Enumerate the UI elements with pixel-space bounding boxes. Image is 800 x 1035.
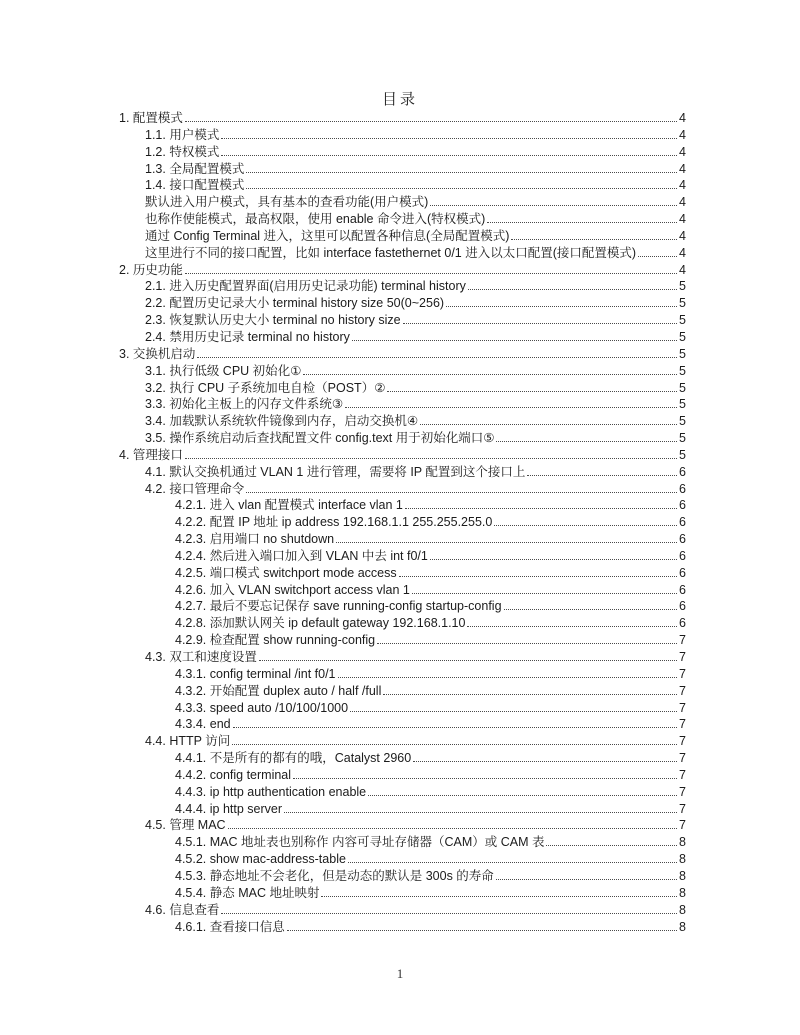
dot-leader — [246, 491, 677, 493]
dot-leader — [546, 844, 677, 846]
toc-entry-label: 4.2.1. 进入 vlan 配置模式 interface vlan 1 — [175, 497, 403, 514]
toc-entry[interactable]: 4.2. 接口管理命令6 — [119, 481, 686, 498]
toc-entry[interactable]: 2. 历史功能4 — [119, 262, 686, 279]
toc-entry-page-number: 7 — [679, 767, 686, 784]
toc-entry-label: 4.3.1. config terminal /int f0/1 — [175, 666, 336, 683]
toc-entry-page-number: 4 — [679, 245, 686, 262]
dot-leader — [446, 305, 677, 307]
dot-leader — [638, 255, 677, 257]
toc-entry-label: 4. 管理接口 — [119, 447, 183, 464]
toc-entry-label: 默认进入用户模式，具有基本的查看功能(用户模式) — [145, 194, 428, 211]
toc-entry-label: 4.3.2. 开始配置 duplex auto / half /full — [175, 683, 381, 700]
dot-leader — [504, 608, 678, 610]
dot-leader — [338, 676, 678, 678]
toc-entry-label: 4.2.4. 然后进入端口加入到 VLAN 中去 int f0/1 — [175, 548, 428, 565]
toc-entry-page-number: 4 — [679, 228, 686, 245]
toc-entry-page-number: 5 — [679, 278, 686, 295]
toc-entry-page-number: 6 — [679, 565, 686, 582]
dot-leader — [412, 592, 677, 594]
dot-leader — [399, 575, 677, 577]
toc-entry-label: 4.2.5. 端口模式 switchport mode access — [175, 565, 397, 582]
toc-entry[interactable]: 4.5.4. 静态 MAC 地址映射8 — [119, 885, 686, 902]
toc-entry-page-number: 5 — [679, 413, 686, 430]
toc-entry-label: 4.4.1. 不是所有的都有的哦，Catalyst 2960 — [175, 750, 411, 767]
toc-entry-page-number: 8 — [679, 834, 686, 851]
toc-entry-page-number: 5 — [679, 396, 686, 413]
toc-entry-label: 3.4. 加载默认系统软件镜像到内存，启动交换机④ — [145, 413, 418, 430]
dot-leader — [405, 507, 677, 509]
toc-entry-page-number: 8 — [679, 851, 686, 868]
toc-entry-page-number: 4 — [679, 144, 686, 161]
toc-entry-page-number: 5 — [679, 329, 686, 346]
toc-entry-page-number: 8 — [679, 885, 686, 902]
toc-entry-page-number: 6 — [679, 481, 686, 498]
dot-leader — [352, 339, 677, 341]
toc-list: 1. 配置模式41.1. 用户模式41.2. 特权模式41.3. 全局配置模式4… — [119, 110, 686, 935]
toc-entry-page-number: 5 — [679, 380, 686, 397]
dot-leader — [350, 710, 677, 712]
dot-leader — [413, 760, 677, 762]
toc-entry[interactable]: 4.2.8. 添加默认网关 ip default gateway 192.168… — [119, 615, 686, 632]
toc-entry-page-number: 7 — [679, 784, 686, 801]
toc-entry-page-number: 8 — [679, 902, 686, 919]
toc-entry-page-number: 7 — [679, 750, 686, 767]
toc-entry-label: 3.3. 初始化主板上的闪存文件系统③ — [145, 396, 343, 413]
toc-entry[interactable]: 3.2. 执行 CPU 子系统加电自检（POST）②5 — [119, 380, 686, 397]
toc-entry[interactable]: 3.5. 操作系统启动后查找配置文件 config.text 用于初始化端口⑤5 — [119, 430, 686, 447]
toc-entry-page-number: 4 — [679, 194, 686, 211]
dot-leader — [348, 861, 677, 863]
toc-entry[interactable]: 4.6. 信息查看8 — [119, 902, 686, 919]
toc-entry[interactable]: 4.3.4. end7 — [119, 716, 686, 733]
toc-entry[interactable]: 1.2. 特权模式4 — [119, 144, 686, 161]
toc-entry[interactable]: 4. 管理接口5 — [119, 447, 686, 464]
toc-entry-label: 4.5.3. 静态地址不会老化，但是动态的默认是 300s 的寿命 — [175, 868, 494, 885]
toc-entry-label: 1.4. 接口配置模式 — [145, 177, 244, 194]
toc-entry-page-number: 7 — [679, 700, 686, 717]
dot-leader — [246, 171, 677, 173]
toc-entry[interactable]: 2.1. 进入历史配置界面(启用历史记录功能) terminal history… — [119, 278, 686, 295]
toc-entry[interactable]: 1.1. 用户模式4 — [119, 127, 686, 144]
dot-leader — [511, 238, 677, 240]
dot-leader — [420, 423, 677, 425]
toc-entry[interactable]: 4.4.2. config terminal7 — [119, 767, 686, 784]
toc-entry-label: 4.4.4. ip http server — [175, 801, 282, 818]
toc-entry[interactable]: 2.2. 配置历史记录大小 terminal history size 50(0… — [119, 295, 686, 312]
toc-entry-label: 4.4. HTTP 访问 — [145, 733, 230, 750]
toc-entry-page-number: 4 — [679, 211, 686, 228]
toc-entry[interactable]: 这里进行不同的接口配置，比如 interface fastethernet 0/… — [119, 245, 686, 262]
toc-entry-page-number: 4 — [679, 127, 686, 144]
toc-entry-page-number: 4 — [679, 161, 686, 178]
toc-entry-page-number: 7 — [679, 733, 686, 750]
toc-entry-page-number: 5 — [679, 312, 686, 329]
dot-leader — [232, 743, 677, 745]
dot-leader — [336, 541, 677, 543]
toc-entry[interactable]: 4.2.5. 端口模式 switchport mode access6 — [119, 565, 686, 582]
dot-leader — [185, 457, 677, 459]
toc-entry[interactable]: 4.4.1. 不是所有的都有的哦，Catalyst 29607 — [119, 750, 686, 767]
dot-leader — [228, 827, 677, 829]
toc-entry-label: 2.3. 恢复默认历史大小 terminal no history size — [145, 312, 401, 329]
toc-entry-page-number: 6 — [679, 497, 686, 514]
toc-entry-page-number: 8 — [679, 919, 686, 936]
toc-entry[interactable]: 3.1. 执行低级 CPU 初始化①5 — [119, 363, 686, 380]
toc-entry[interactable]: 4.5.3. 静态地址不会老化，但是动态的默认是 300s 的寿命8 — [119, 868, 686, 885]
toc-entry[interactable]: 4.3.1. config terminal /int f0/17 — [119, 666, 686, 683]
toc-entry-label: 1. 配置模式 — [119, 110, 183, 127]
dot-leader — [430, 204, 677, 206]
dot-leader — [496, 878, 677, 880]
dot-leader — [221, 137, 677, 139]
toc-entry[interactable]: 2.3. 恢复默认历史大小 terminal no history size5 — [119, 312, 686, 329]
toc-entry-label: 4.2.3. 启用端口 no shutdown — [175, 531, 334, 548]
toc-entry-label: 4.2.7. 最后不要忘记保存 save running-config star… — [175, 598, 502, 615]
toc-entry-label: 4.2.6. 加入 VLAN switchport access vlan 1 — [175, 582, 410, 599]
dot-leader — [246, 187, 677, 189]
toc-entry-label: 2.1. 进入历史配置界面(启用历史记录功能) terminal history — [145, 278, 466, 295]
toc-entry-page-number: 4 — [679, 177, 686, 194]
toc-entry-page-number: 5 — [679, 346, 686, 363]
toc-entry-page-number: 7 — [679, 632, 686, 649]
dot-leader — [494, 524, 677, 526]
toc-entry-label: 4.5.1. MAC 地址表也别称作 内容可寻址存储器（CAM）或 CAM 表 — [175, 834, 544, 851]
toc-entry-label: 1.2. 特权模式 — [145, 144, 219, 161]
toc-entry-page-number: 6 — [679, 464, 686, 481]
dot-leader — [487, 221, 677, 223]
dot-leader — [467, 625, 677, 627]
toc-entry-label: 4.2.2. 配置 IP 地址 ip address 192.168.1.1 2… — [175, 514, 492, 531]
toc-entry-label: 4.4.2. config terminal — [175, 767, 291, 784]
dot-leader — [377, 642, 677, 644]
toc-entry-label: 2.4. 禁用历史记录 terminal no history — [145, 329, 350, 346]
toc-entry[interactable]: 4.5.1. MAC 地址表也别称作 内容可寻址存储器（CAM）或 CAM 表8 — [119, 834, 686, 851]
toc-entry[interactable]: 3.3. 初始化主板上的闪存文件系统③5 — [119, 396, 686, 413]
toc-entry[interactable]: 4.2.1. 进入 vlan 配置模式 interface vlan 16 — [119, 497, 686, 514]
toc-entry-label: 4.6.1. 查看接口信息 — [175, 919, 285, 936]
toc-entry-page-number: 6 — [679, 615, 686, 632]
dot-leader — [287, 929, 677, 931]
toc-entry[interactable]: 4.1. 默认交换机通过 VLAN 1 进行管理，需要将 IP 配置到这个接口上… — [119, 464, 686, 481]
toc-entry-label: 4.3. 双工和速度设置 — [145, 649, 257, 666]
toc-entry[interactable]: 4.2.6. 加入 VLAN switchport access vlan 16 — [119, 582, 686, 599]
toc-entry-page-number: 6 — [679, 598, 686, 615]
dot-leader — [387, 390, 677, 392]
toc-entry[interactable]: 3. 交换机启动5 — [119, 346, 686, 363]
toc-entry-page-number: 5 — [679, 295, 686, 312]
toc-entry-label: 2. 历史功能 — [119, 262, 183, 279]
toc-entry-page-number: 7 — [679, 716, 686, 733]
toc-entry-label: 也称作使能模式，最高权限，使用 enable 命令进入(特权模式) — [145, 211, 485, 228]
toc-entry-page-number: 8 — [679, 868, 686, 885]
dot-leader — [468, 288, 677, 290]
toc-entry-label: 3.2. 执行 CPU 子系统加电自检（POST）② — [145, 380, 385, 397]
toc-entry-label: 4.6. 信息查看 — [145, 902, 219, 919]
toc-entry[interactable]: 1.3. 全局配置模式4 — [119, 161, 686, 178]
toc-entry[interactable]: 4.2.3. 启用端口 no shutdown6 — [119, 531, 686, 548]
dot-leader — [368, 794, 677, 796]
toc-entry-page-number: 5 — [679, 363, 686, 380]
toc-entry-page-number: 7 — [679, 801, 686, 818]
dot-leader — [527, 474, 677, 476]
toc-entry[interactable]: 4.2.9. 检查配置 show running-config7 — [119, 632, 686, 649]
dot-leader — [293, 777, 677, 779]
toc-entry-label: 1.3. 全局配置模式 — [145, 161, 244, 178]
toc-entry-label: 通过 Config Terminal 进入，这里可以配置各种信息(全局配置模式) — [145, 228, 509, 245]
toc-entry[interactable]: 4.3.3. speed auto /10/100/10007 — [119, 700, 686, 717]
toc-entry-page-number: 4 — [679, 110, 686, 127]
toc-entry-page-number: 7 — [679, 666, 686, 683]
toc-entry-label: 3.1. 执行低级 CPU 初始化① — [145, 363, 301, 380]
toc-entry[interactable]: 4.5.2. show mac-address-table8 — [119, 851, 686, 868]
toc-entry-label: 4.3.4. end — [175, 716, 231, 733]
toc-entry-page-number: 5 — [679, 447, 686, 464]
toc-entry[interactable]: 4.4.4. ip http server7 — [119, 801, 686, 818]
dot-leader — [233, 726, 677, 728]
toc-entry[interactable]: 2.4. 禁用历史记录 terminal no history5 — [119, 329, 686, 346]
toc-entry-page-number: 6 — [679, 582, 686, 599]
dot-leader — [284, 811, 677, 813]
toc-entry-label: 1.1. 用户模式 — [145, 127, 219, 144]
toc-entry[interactable]: 1. 配置模式4 — [119, 110, 686, 127]
toc-entry[interactable]: 4.6.1. 查看接口信息8 — [119, 919, 686, 936]
toc-entry-label: 4.5.2. show mac-address-table — [175, 851, 346, 868]
toc-entry[interactable]: 4.2.4. 然后进入端口加入到 VLAN 中去 int f0/16 — [119, 548, 686, 565]
footer-page-number: 1 — [0, 966, 800, 982]
toc-entry-page-number: 6 — [679, 548, 686, 565]
toc-entry-page-number: 7 — [679, 683, 686, 700]
toc-entry[interactable]: 4.5. 管理 MAC7 — [119, 817, 686, 834]
dot-leader — [221, 912, 677, 914]
toc-entry-page-number: 4 — [679, 262, 686, 279]
dot-leader — [321, 895, 677, 897]
dot-leader — [259, 659, 677, 661]
toc-entry[interactable]: 4.4. HTTP 访问7 — [119, 733, 686, 750]
toc-entry-label: 4.5.4. 静态 MAC 地址映射 — [175, 885, 319, 902]
document-page: 目录 1. 配置模式41.1. 用户模式41.2. 特权模式41.3. 全局配置… — [0, 0, 800, 1035]
toc-entry-page-number: 6 — [679, 531, 686, 548]
dot-leader — [197, 356, 677, 358]
dot-leader — [185, 272, 677, 274]
dot-leader — [185, 120, 677, 122]
toc-entry-label: 4.2.8. 添加默认网关 ip default gateway 192.168… — [175, 615, 465, 632]
dot-leader — [221, 154, 677, 156]
toc-entry[interactable]: 1.4. 接口配置模式4 — [119, 177, 686, 194]
toc-title: 目录 — [0, 88, 800, 109]
toc-entry[interactable]: 4.3.2. 开始配置 duplex auto / half /full7 — [119, 683, 686, 700]
toc-entry-label: 2.2. 配置历史记录大小 terminal history size 50(0… — [145, 295, 444, 312]
toc-entry[interactable]: 4.2.2. 配置 IP 地址 ip address 192.168.1.1 2… — [119, 514, 686, 531]
dot-leader — [430, 558, 677, 560]
toc-entry-label: 这里进行不同的接口配置，比如 interface fastethernet 0/… — [145, 245, 636, 262]
toc-entry-page-number: 7 — [679, 649, 686, 666]
toc-entry-label: 4.3.3. speed auto /10/100/1000 — [175, 700, 348, 717]
toc-entry[interactable]: 默认进入用户模式，具有基本的查看功能(用户模式)4 — [119, 194, 686, 211]
dot-leader — [403, 322, 677, 324]
toc-entry-label: 4.1. 默认交换机通过 VLAN 1 进行管理，需要将 IP 配置到这个接口上 — [145, 464, 525, 481]
toc-entry-label: 4.2. 接口管理命令 — [145, 481, 244, 498]
dot-leader — [496, 440, 677, 442]
toc-entry[interactable]: 4.3. 双工和速度设置7 — [119, 649, 686, 666]
toc-entry-label: 3. 交换机启动 — [119, 346, 195, 363]
toc-entry-page-number: 6 — [679, 514, 686, 531]
toc-entry-label: 3.5. 操作系统启动后查找配置文件 config.text 用于初始化端口⑤ — [145, 430, 494, 447]
toc-entry[interactable]: 通过 Config Terminal 进入，这里可以配置各种信息(全局配置模式)… — [119, 228, 686, 245]
dot-leader — [303, 373, 677, 375]
toc-entry[interactable]: 4.4.3. ip http authentication enable7 — [119, 784, 686, 801]
toc-entry[interactable]: 也称作使能模式，最高权限，使用 enable 命令进入(特权模式)4 — [119, 211, 686, 228]
toc-entry-page-number: 5 — [679, 430, 686, 447]
toc-entry-page-number: 7 — [679, 817, 686, 834]
dot-leader — [345, 406, 677, 408]
dot-leader — [383, 693, 677, 695]
toc-entry-label: 4.4.3. ip http authentication enable — [175, 784, 366, 801]
toc-entry[interactable]: 4.2.7. 最后不要忘记保存 save running-config star… — [119, 598, 686, 615]
toc-entry-label: 4.2.9. 检查配置 show running-config — [175, 632, 375, 649]
toc-entry-label: 4.5. 管理 MAC — [145, 817, 226, 834]
toc-entry[interactable]: 3.4. 加载默认系统软件镜像到内存，启动交换机④5 — [119, 413, 686, 430]
